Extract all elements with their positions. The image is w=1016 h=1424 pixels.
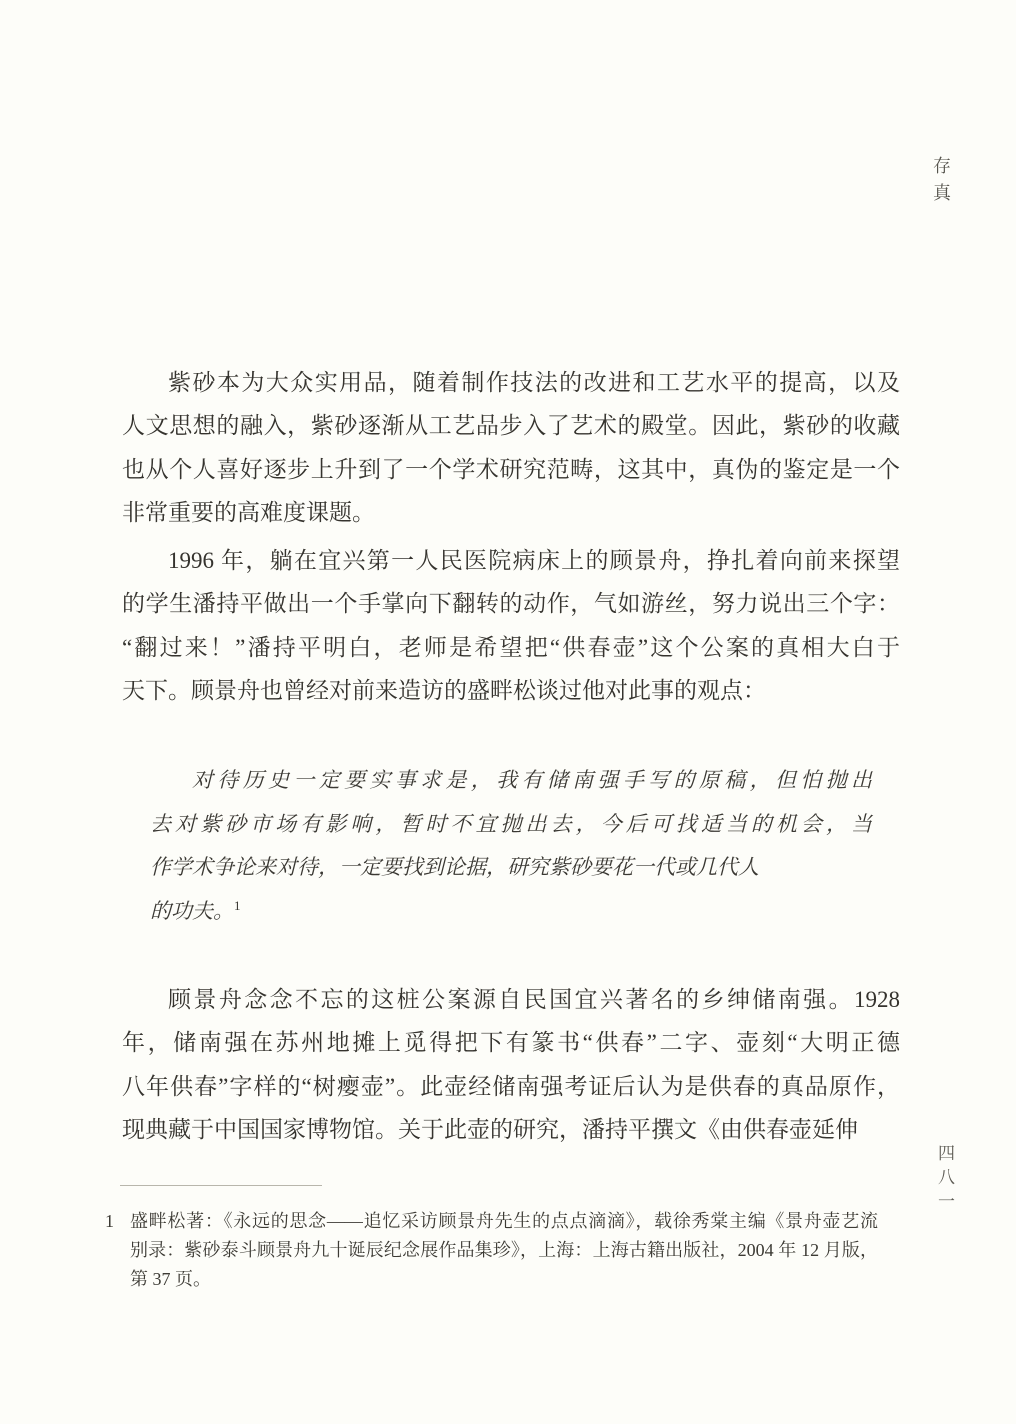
footnote-marker: 1 — [105, 1207, 114, 1236]
text-line: 人文思想的融入，紫砂逐渐从工艺品步入了艺术的殿堂。因此，紫砂的收藏 — [122, 404, 900, 447]
text-line: 紫砂本为大众实用品，随着制作技法的改进和工艺水平的提高，以及 — [122, 361, 900, 404]
text-line: 也从个人喜好逐步上升到了一个学术研究范畴，这其中，真伪的鉴定是一个 — [122, 448, 900, 491]
text-line: 顾景舟念念不忘的这桩公案源自民国宜兴著名的乡绅储南强。1928 — [122, 978, 900, 1021]
text-line: 天下。顾景舟也曾经对前来造访的盛畔松谈过他对此事的观点： — [122, 669, 900, 712]
footnote-line: 盛畔松著：《永远的思念——追忆采访顾景舟先生的点点滴滴》，载徐秀棠主编《景舟壶艺… — [130, 1207, 878, 1236]
text-line: 去对紫砂市场有影响，暂时不宜抛出去，今后可找适当的机会，当 — [150, 803, 872, 847]
footnote: 盛畔松著：《永远的思念——追忆采访顾景舟先生的点点滴滴》，载徐秀棠主编《景舟壶艺… — [130, 1207, 878, 1294]
text-line: 年，储南强在苏州地摊上觅得把下有篆书“供春”二字、壶刻“大明正德 — [122, 1021, 900, 1064]
text-line: 作学术争论来对待，一定要找到论据，研究紫砂要花一代或几代人 — [150, 846, 872, 890]
body-paragraph-3: 顾景舟念念不忘的这桩公案源自民国宜兴著名的乡绅储南强。1928年，储南强在苏州地… — [122, 978, 900, 1152]
text-line: “翻过来！”潘持平明白，老师是希望把“供春壶”这个公案的真相大白于 — [122, 626, 900, 669]
footnote-line: 第 37 页。 — [130, 1265, 878, 1294]
text-line: 的学生潘持平做出一个手掌向下翻转的动作，气如游丝，努力说出三个字： — [122, 582, 900, 625]
text-line: 1996 年，躺在宜兴第一人民医院病床上的顾景舟，挣扎着向前来探望 — [122, 539, 900, 582]
text-line: 的功夫。 — [150, 899, 234, 923]
text-line: 非常重要的高难度课题。 — [122, 491, 900, 534]
running-head: 存真 — [928, 156, 954, 210]
text-line: 八年供春”字样的“树瘿壶”。此壶经储南强考证后认为是供春的真品原作， — [122, 1065, 900, 1108]
footnote-reference: 1 — [234, 898, 241, 913]
body-paragraph-1: 紫砂本为大众实用品，随着制作技法的改进和工艺水平的提高，以及人文思想的融入，紫砂… — [122, 361, 900, 535]
block-quote: 对待历史一定要实事求是，我有储南强手写的原稿，但怕抛出去对紫砂市场有影响，暂时不… — [150, 759, 872, 933]
footnote-line: 别录：紫砂泰斗顾景舟九十诞辰纪念展作品集珍》，上海：上海古籍出版社，2004 年… — [130, 1236, 878, 1265]
book-page: 存真 紫砂本为大众实用品，随着制作技法的改进和工艺水平的提高，以及人文思想的融入… — [0, 0, 1016, 1424]
block-quote-last-line: 的功夫。1 — [150, 890, 872, 934]
body-paragraph-2: 1996 年，躺在宜兴第一人民医院病床上的顾景舟，挣扎着向前来探望的学生潘持平做… — [122, 539, 900, 713]
text-line: 现典藏于中国国家博物馆。关于此壶的研究，潘持平撰文《由供春壶延伸 — [122, 1108, 900, 1151]
footnote-divider — [120, 1185, 322, 1186]
block-quote-lines: 对待历史一定要实事求是，我有储南强手写的原稿，但怕抛出去对紫砂市场有影响，暂时不… — [150, 759, 872, 890]
text-line: 对待历史一定要实事求是，我有储南强手写的原稿，但怕抛出 — [150, 759, 872, 803]
page-number: 四八一 — [932, 1144, 957, 1216]
